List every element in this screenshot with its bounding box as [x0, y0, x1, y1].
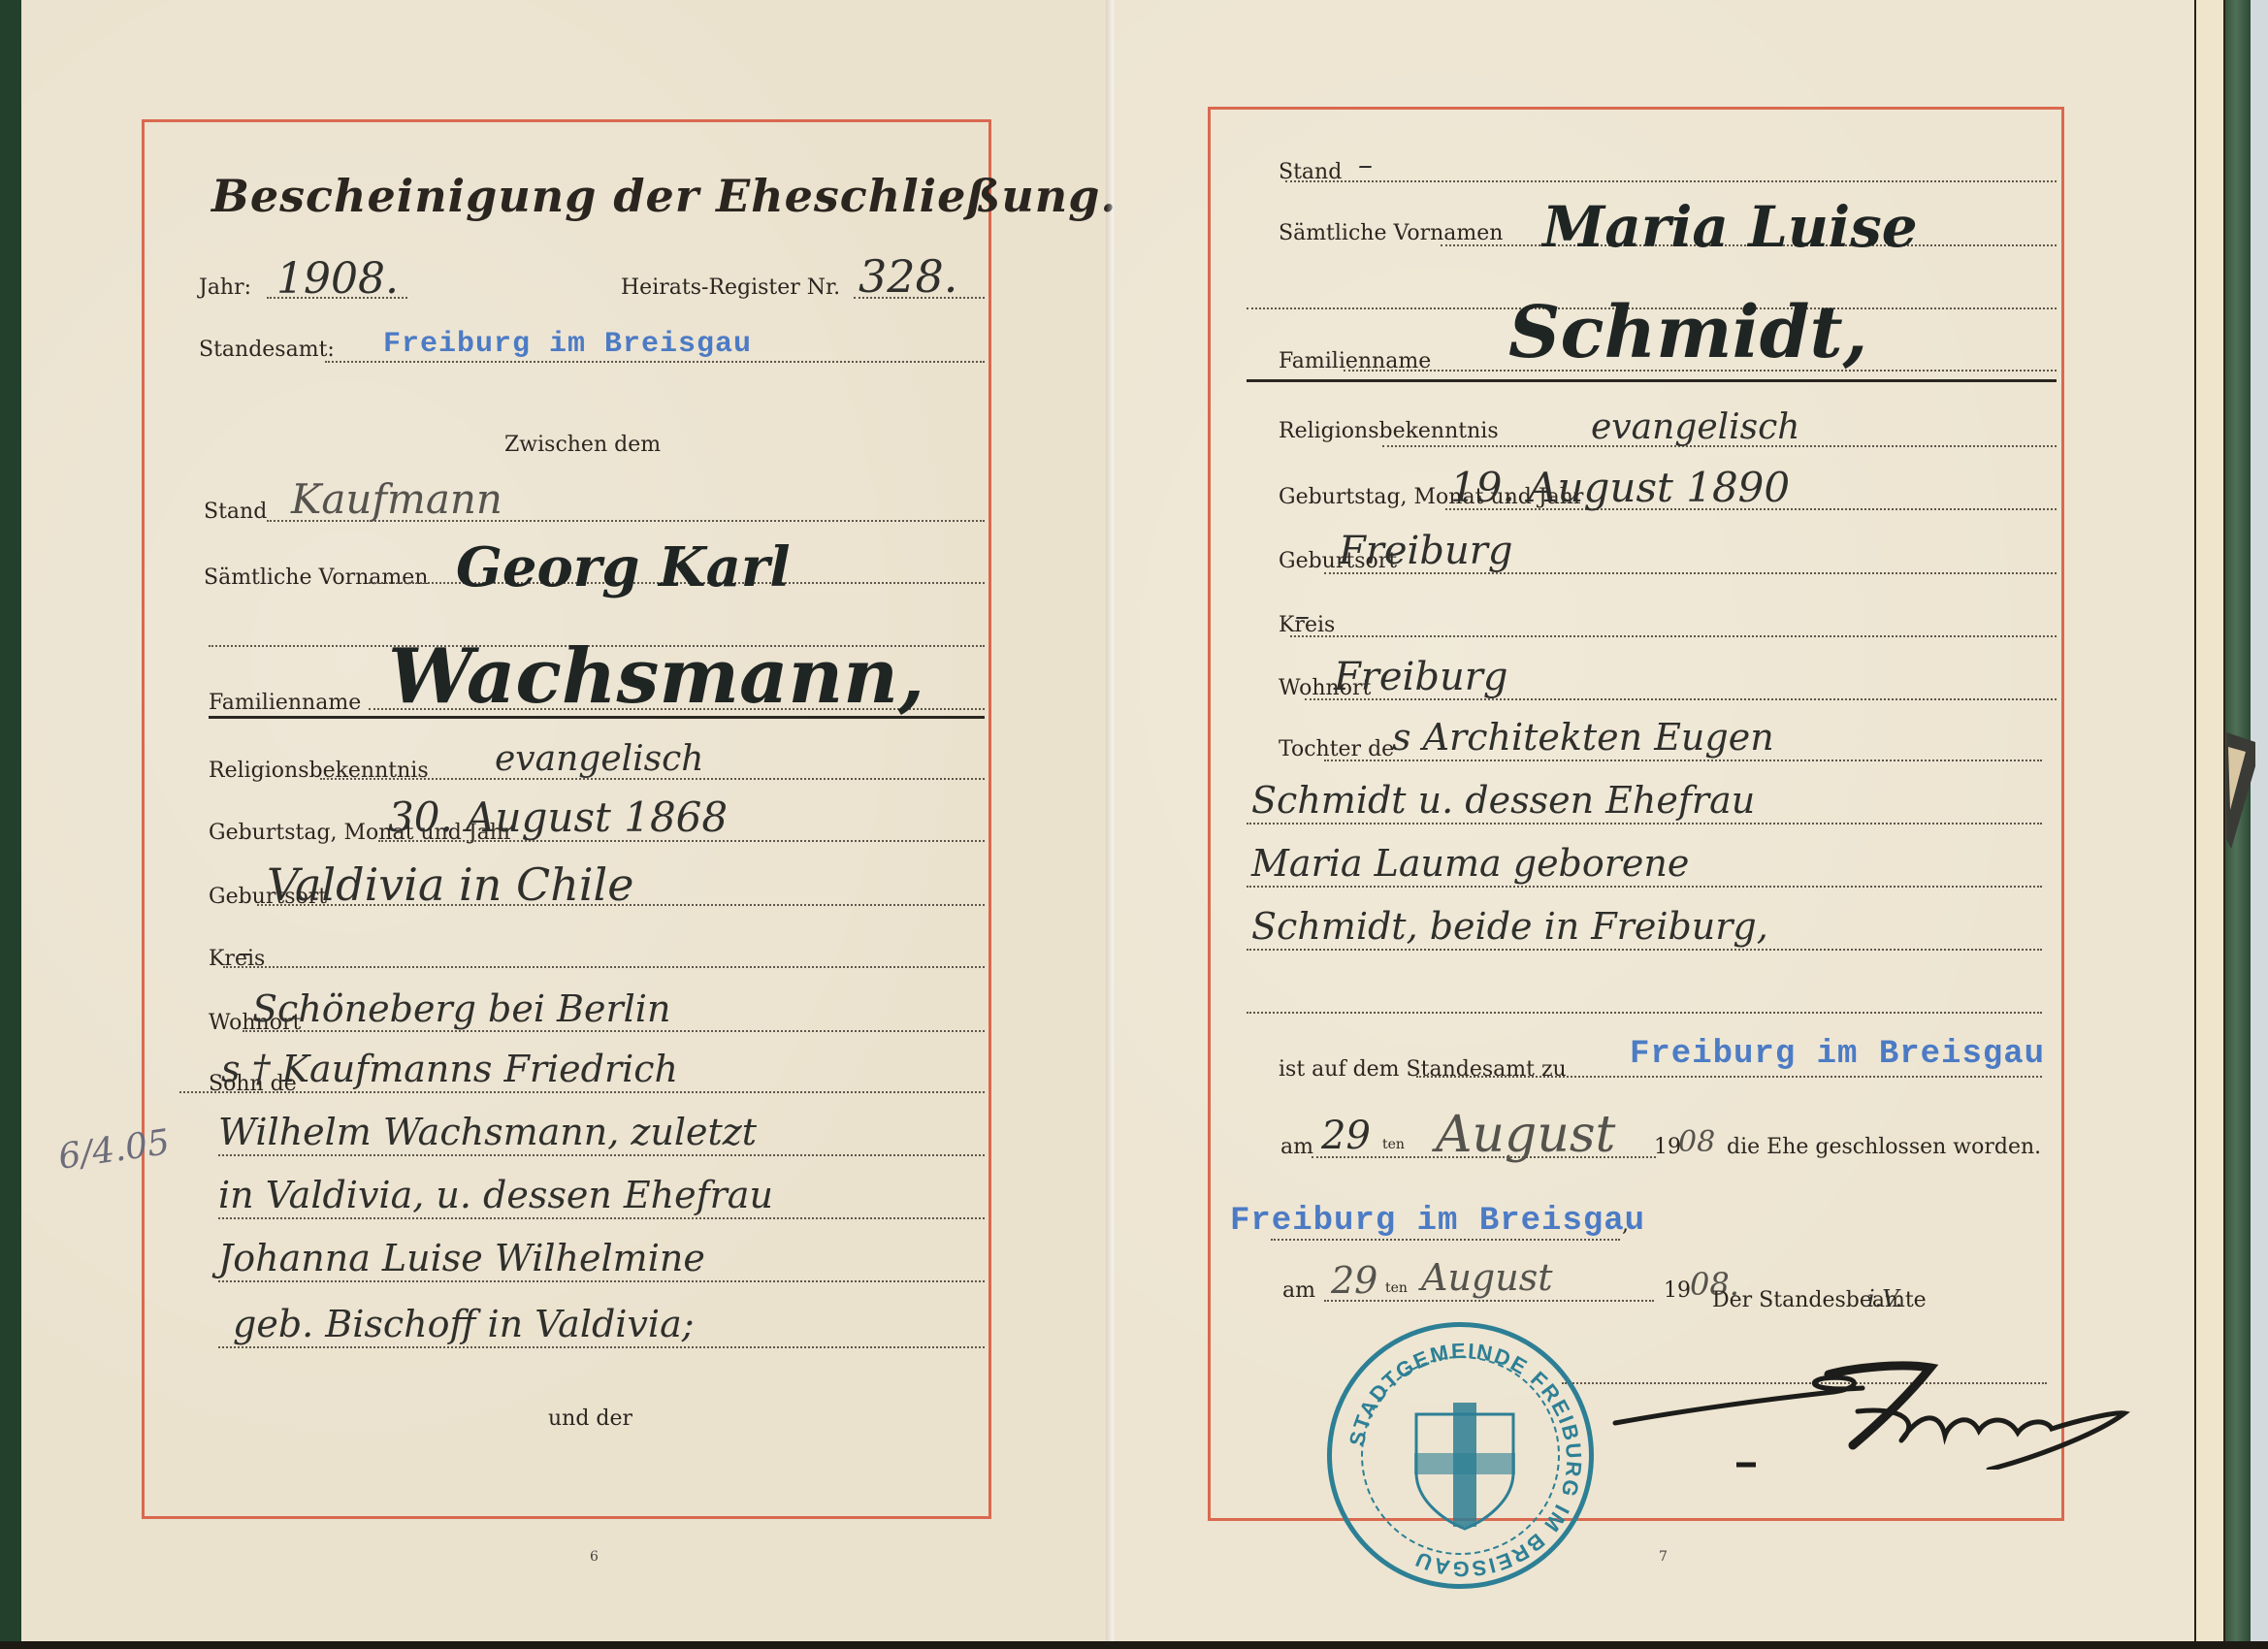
groom-stand-label: Stand: [204, 500, 267, 524]
seal-shield-cross-icon: [1407, 1395, 1523, 1531]
office-stamp: Freiburg im Breisgau: [1630, 1036, 2045, 1073]
bride-parents-line-2: [1247, 823, 2042, 824]
groom-parents-line-3-text: in Valdivia, u. dessen Ehefrau: [218, 1174, 773, 1216]
bride-vornamen-label: Sämtliche Vornamen: [1279, 221, 1503, 245]
bride-parents-line-1: [1324, 760, 2042, 761]
office-sentence-line: [1416, 1076, 2042, 1078]
issue-day: 29: [1331, 1259, 1377, 1302]
bride-vornamen-value: Maria Luise: [1542, 194, 1918, 260]
groom-stand-value: Kaufmann: [291, 475, 502, 523]
bride-tochter-label: Tochter de: [1279, 737, 1394, 761]
bride-parents-line-1-text: s Architekten Eugen: [1392, 716, 1774, 759]
groom-parents-line-3: [218, 1217, 985, 1219]
groom-parents-line-4: [218, 1280, 985, 1282]
bride-kreis-value: –: [1295, 599, 1310, 633]
groom-wohnort-value: Schöneberg bei Berlin: [252, 987, 670, 1030]
groom-wohnort-line: [243, 1030, 985, 1032]
place-stamp: Freiburg im Breisgau: [1230, 1203, 1645, 1240]
registrar-signature: Haberer: [1610, 1353, 2134, 1470]
bride-wohnort-value: Freiburg: [1334, 655, 1507, 699]
marriage-closing: die Ehe geschlossen worden.: [1727, 1135, 2041, 1159]
groom-parents-line-1: [179, 1091, 985, 1093]
bride-parents-line-2-text: Schmidt u. dessen Ehefrau: [1251, 779, 1755, 822]
issue-month: August: [1421, 1256, 1553, 1299]
groom-familienname-value: Wachsmann,: [388, 632, 924, 721]
book-cover-left: [0, 0, 21, 1649]
groom-kreis-line: [223, 966, 985, 968]
groom-parents-line-1-text: s † Kaufmanns Friedrich: [221, 1048, 678, 1090]
bride-stand-value: –: [1358, 148, 1373, 182]
place-line: [1271, 1239, 1620, 1241]
groom-parents-line-5-text: geb. Bischoff in Valdivia;: [233, 1303, 695, 1345]
bride-familienname-value: Schmidt,: [1508, 291, 1867, 374]
bottom-edge-shadow: [0, 1641, 2268, 1649]
bride-parents-line-4: [1247, 949, 2042, 951]
groom-religion-value: evangelisch: [495, 739, 704, 779]
bride-parents-line-3: [1247, 886, 2042, 888]
groom-parents-line-2: [218, 1154, 985, 1156]
standesamt-stamp: Freiburg im Breisgau: [383, 328, 752, 361]
and-label: und der: [548, 1406, 632, 1431]
groom-vornamen-label: Sämtliche Vornamen: [204, 566, 428, 590]
issue-ten: ten: [1385, 1280, 1408, 1296]
standesamt-dotted-line: [325, 361, 985, 363]
bride-religion-value: evangelisch: [1591, 407, 1800, 447]
year-label: Jahr:: [199, 275, 251, 300]
standesamt-label: Standesamt:: [199, 338, 335, 362]
bride-geburtstag-value: 19. August 1890: [1450, 464, 1790, 511]
right-page-number: 7: [1659, 1549, 1668, 1565]
left-page-number: 6: [590, 1549, 599, 1565]
official-seal: STADTGEMEINDE FREIBURG IM BREISGAU: [1327, 1322, 1594, 1589]
groom-geburtsort-value: Valdivia in Chile: [267, 858, 633, 911]
marriage-ten: ten: [1382, 1137, 1405, 1152]
groom-parents-line-5: [218, 1346, 985, 1348]
marriage-am-label: am: [1280, 1135, 1313, 1159]
bride-geburtsort-value: Freiburg: [1339, 529, 1512, 573]
groom-kreis-value: –: [238, 936, 252, 970]
place-comma: ,: [1622, 1212, 1629, 1237]
registrar-abbrev: i.V.: [1867, 1285, 1902, 1312]
bride-religion-label: Religionsbekenntnis: [1279, 419, 1499, 443]
year-value: 1908.: [276, 254, 399, 304]
between-label: Zwischen dem: [504, 433, 661, 457]
groom-geburtstag-value: 30. August 1868: [388, 793, 728, 841]
certificate-title: Bescheinigung der Eheschließung.: [211, 170, 1117, 222]
marriage-year-suffix: 08: [1678, 1125, 1715, 1159]
groom-familienname-label: Familienname: [209, 691, 361, 715]
issue-year-prefix: 19: [1664, 1278, 1691, 1303]
bride-stand-line: [1285, 180, 2057, 182]
bride-familienname-underline: [1247, 379, 2057, 382]
bride-parents-line-3-text: Maria Lauma geborene: [1251, 842, 1689, 885]
register-label: Heirats-Register Nr.: [621, 275, 840, 300]
register-number: 328.: [859, 250, 957, 303]
office-sentence-label: ist auf dem Standesamt zu: [1279, 1057, 1567, 1082]
bookmark-tab: [2226, 732, 2255, 849]
marriage-day: 29: [1321, 1114, 1371, 1158]
bride-blank-line-2: [1247, 1012, 2042, 1014]
groom-parents-line-2-text: Wilhelm Wachsmann, zuletzt: [218, 1111, 757, 1153]
groom-vornamen-value: Georg Karl: [456, 535, 791, 599]
groom-parents-line-4-text: Johanna Luise Wilhelmine: [218, 1237, 705, 1279]
marriage-year-prefix: 19: [1654, 1135, 1681, 1159]
page-stack-edge: [2194, 0, 2225, 1649]
marriage-month: August: [1436, 1106, 1615, 1164]
bride-kreis-line: [1290, 635, 2057, 637]
bride-parents-line-4-text: Schmidt, beide in Freiburg,: [1251, 905, 1768, 948]
issue-am-label: am: [1282, 1278, 1315, 1303]
